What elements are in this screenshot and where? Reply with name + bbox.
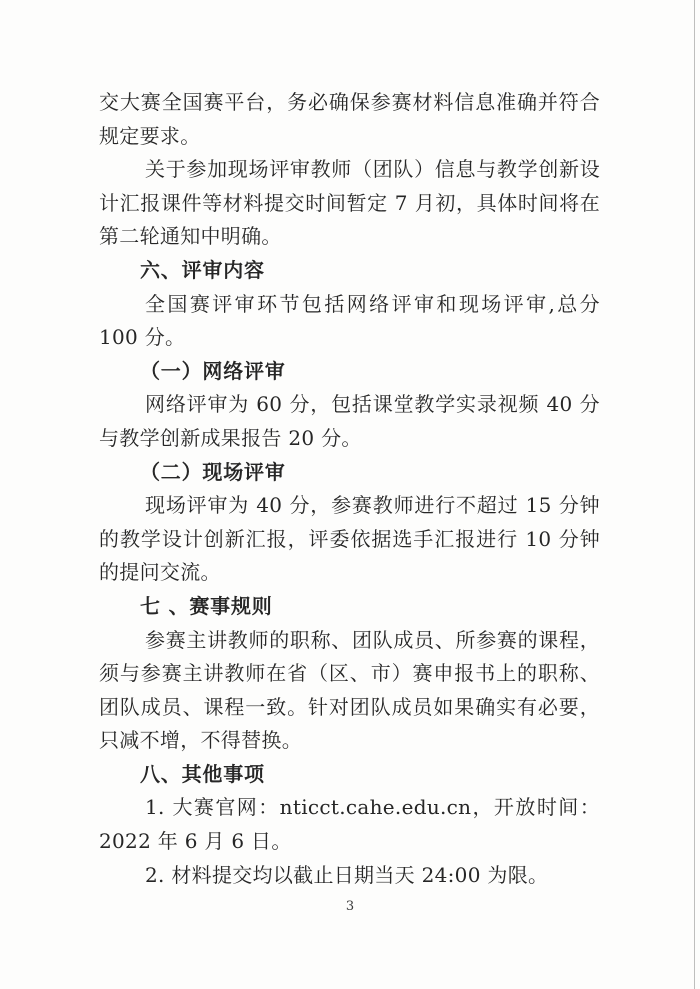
section-heading-8-other-matters: 八、其他事项 xyxy=(99,758,600,792)
page-number: 3 xyxy=(0,899,700,915)
paragraph-team-rules: 参赛主讲教师的职称、团队成员、所参赛的课程，须与参赛主讲教师在省（区、市）赛申报… xyxy=(99,624,600,758)
section-heading-6-review-content: 六、评审内容 xyxy=(99,254,600,288)
section-heading-7-competition-rules: 七 、赛事规则 xyxy=(99,590,600,624)
paragraph-official-website: 1. 大赛官网：nticct.cahe.edu.cn，开放时间：2022 年 6… xyxy=(99,791,600,858)
subsection-heading-onsite-review: （二）现场评审 xyxy=(99,456,600,490)
paragraph-submission-time: 关于参加现场评审教师（团队）信息与教学创新设计汇报课件等材料提交时间暂定 7 月… xyxy=(99,153,600,254)
paragraph-continuation: 交大赛全国赛平台，务必确保参赛材料信息准确并符合规定要求。 xyxy=(99,86,600,153)
paragraph-online-review-score: 网络评审为 60 分，包括课堂教学实录视频 40 分与教学创新成果报告 20 分… xyxy=(99,388,600,455)
subsection-heading-online-review: （一）网络评审 xyxy=(99,355,600,389)
paragraph-total-score: 全国赛评审环节包括网络评审和现场评审,总分 100 分。 xyxy=(99,288,600,355)
document-page: 交大赛全国赛平台，务必确保参赛材料信息准确并符合规定要求。 关于参加现场评审教师… xyxy=(0,0,700,989)
document-body: 交大赛全国赛平台，务必确保参赛材料信息准确并符合规定要求。 关于参加现场评审教师… xyxy=(99,86,600,892)
paragraph-deadline: 2. 材料提交均以截止日期当天 24:00 为限。 xyxy=(99,859,600,893)
paragraph-onsite-review-score: 现场评审为 40 分，参赛教师进行不超过 15 分钟的教学设计创新汇报，评委依据… xyxy=(99,489,600,590)
scan-edge-artifact-line xyxy=(694,0,695,989)
